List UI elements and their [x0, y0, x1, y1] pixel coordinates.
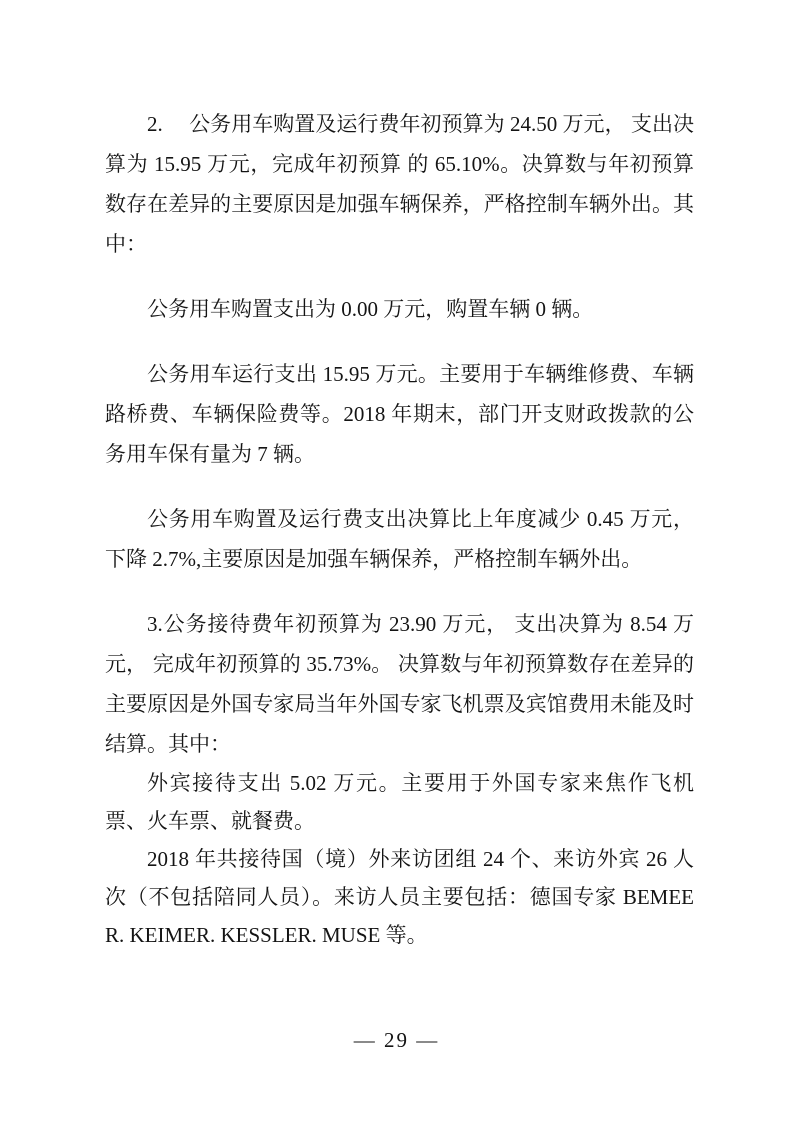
paragraph-vehicle-year-over-year: 公务用车购置及运行费支出决算比上年度减少 0.45 万元，下降 2.7%,主要原… — [105, 499, 694, 579]
paragraph-vehicle-operation: 公务用车运行支出 15.95 万元。主要用于车辆维修费、车辆路桥费、车辆保险费等… — [105, 354, 694, 474]
page-number: — 29 — — [354, 1028, 440, 1052]
paragraph-reception-statistics: 2018 年共接待国（境）外来访团组 24 个、来访外宾 26 人次（不包括陪同… — [105, 840, 694, 954]
document-body: 2. 公务用车购置及运行费年初预算为 24.50 万元， 支出决算为 15.95… — [105, 104, 694, 954]
document-page: 2. 公务用车购置及运行费年初预算为 24.50 万元， 支出决算为 15.95… — [0, 0, 793, 1122]
paragraph-vehicle-purchase: 公务用车购置支出为 0.00 万元，购置车辆 0 辆。 — [105, 289, 694, 329]
paragraph-reception-budget-summary: 3.公务接待费年初预算为 23.90 万元， 支出决算为 8.54 万元， 完成… — [105, 604, 694, 764]
page-footer: — 29 — — [0, 1028, 793, 1053]
paragraph-vehicle-budget-summary: 2. 公务用车购置及运行费年初预算为 24.50 万元， 支出决算为 15.95… — [105, 104, 694, 264]
paragraph-foreign-guest-reception: 外宾接待支出 5.02 万元。主要用于外国专家来焦作飞机票、火车票、就餐费。 — [105, 764, 694, 840]
